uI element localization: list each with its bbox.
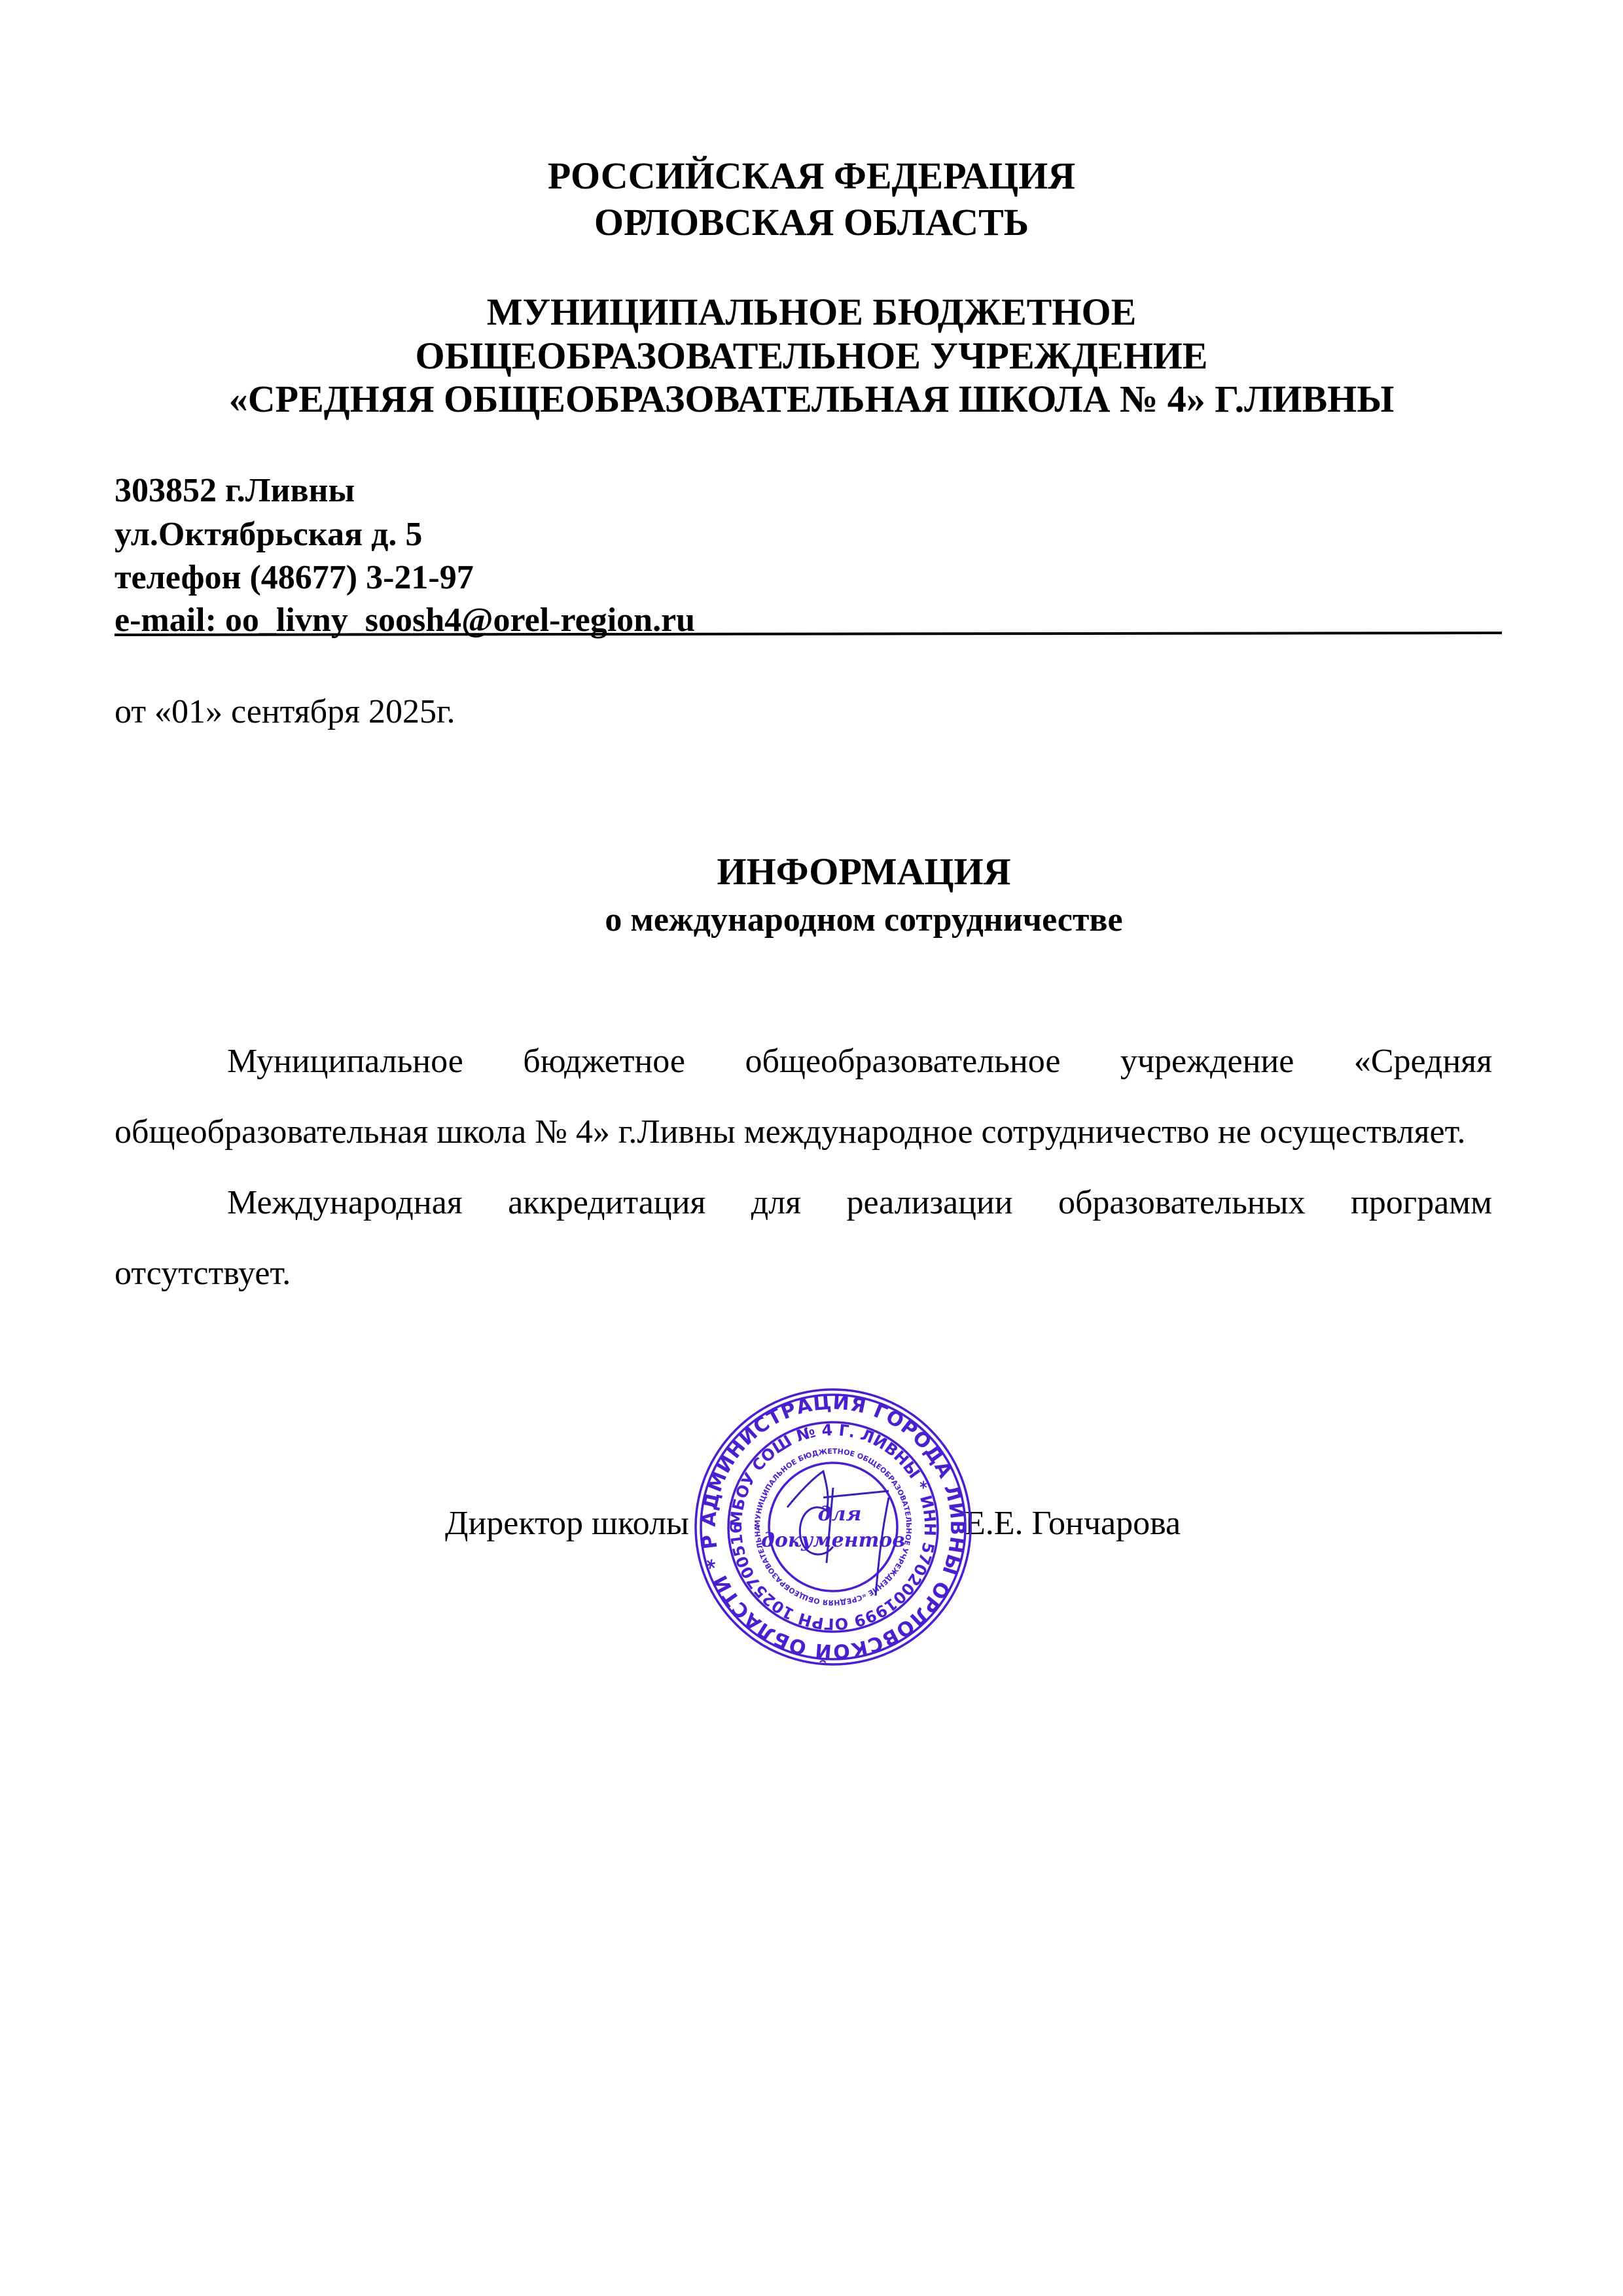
svg-text:для: для (818, 1503, 862, 1526)
official-stamp-icon: АДМИНИСТРАЦИЯ ГОРОДА ЛИВНЫ ОРЛОВСКОЙ ОБЛ… (692, 1386, 974, 1668)
header-country: РОССИЙСКАЯ ФЕДЕРАЦИЯ (0, 154, 1623, 198)
document-title: ИНФОРМАЦИЯ (0, 850, 1623, 893)
header-region: ОРЛОВСКАЯ ОБЛАСТЬ (0, 200, 1623, 245)
address-phone: телефон (48677) 3-21-97 (115, 557, 474, 599)
signature-position: Директор школы (445, 1504, 689, 1543)
document-body: Муниципальное бюджетное общеобразователь… (115, 1026, 1492, 1309)
header-org-line3: «СРЕДНЯЯ ОБЩЕОБРАЗОВАТЕЛЬНАЯ ШКОЛА № 4» … (0, 377, 1623, 422)
body-paragraph: Международная аккредитация для реализаци… (115, 1168, 1492, 1309)
header-org-line2: ОБЩЕОБРАЗОВАТЕЛЬНОЕ УЧРЕЖДЕНИЕ (0, 334, 1623, 378)
document-date: от «01» сентября 2025г. (115, 692, 455, 731)
document-subtitle: о международном сотрудничестве (0, 901, 1623, 939)
header-org-line1: МУНИЦИПАЛЬНОЕ БЮДЖЕТНОЕ (0, 290, 1623, 334)
address-street: ул.Октябрьская д. 5 (115, 514, 422, 556)
body-paragraph: Муниципальное бюджетное общеобразователь… (115, 1026, 1492, 1168)
address-postal: 303852 г.Ливны (115, 470, 355, 512)
signature-name: Е.Е. Гончарова (965, 1504, 1181, 1543)
